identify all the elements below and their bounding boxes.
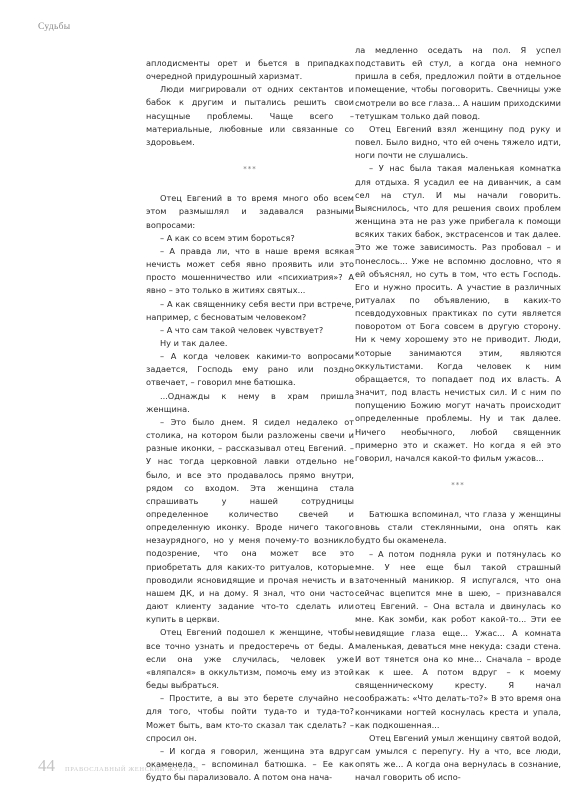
- paragraph: – А правда ли, что в наше время всякая н…: [146, 245, 354, 298]
- page-footer: 44 Православный женский журнал: [38, 756, 199, 776]
- paragraph: ...Однажды к нему в храм пришла женщина.: [146, 390, 354, 416]
- magazine-title: Православный женский журнал: [65, 766, 199, 773]
- paragraph: – Это было днем. Я сидел недалеко от сто…: [146, 416, 354, 627]
- paragraph: аплодисменты орет и бьется в припадках о…: [146, 57, 354, 83]
- paragraph: Батюшка вспоминал, что глаза у женщины в…: [355, 508, 561, 547]
- paragraph: – Простите, а вы это берете случайно не …: [146, 692, 354, 745]
- paragraph: Отец Евгений взял женщину под руку и пов…: [355, 123, 561, 162]
- paragraph: Отец Евгений в то время много обо всем э…: [146, 192, 354, 231]
- right-column: ла медленно оседать на пол. Я успел подс…: [355, 44, 561, 784]
- paragraph: – А что сам такой человек чувствует?: [146, 324, 354, 337]
- paragraph: Отец Евгений умыл женщину святой водой, …: [355, 732, 561, 785]
- paragraph: – А потом подняла руки и потянулась ко м…: [355, 548, 561, 732]
- left-column: аплодисменты орет и бьется в припадках о…: [146, 57, 354, 784]
- paragraph: ла медленно оседать на пол. Я успел подс…: [355, 44, 561, 123]
- section-divider: ***: [146, 163, 354, 176]
- paragraph: – А когда человек какими-то вопросами за…: [146, 350, 354, 389]
- paragraph: Ну и так далее.: [146, 337, 354, 350]
- paragraph: – У нас была такая маленькая комнатка дл…: [355, 162, 561, 465]
- paragraph: Отец Евгений подошел к женщине, чтобы вс…: [146, 626, 354, 692]
- paragraph: Люди мигрировали от одних сектантов и ба…: [146, 83, 354, 149]
- paragraph: – А как со всем этим бороться?: [146, 232, 354, 245]
- paragraph: – А как священнику себя вести при встреч…: [146, 298, 354, 324]
- page-number: 44: [38, 756, 55, 776]
- section-divider: ***: [355, 479, 561, 492]
- section-label: Судьбы: [38, 22, 70, 32]
